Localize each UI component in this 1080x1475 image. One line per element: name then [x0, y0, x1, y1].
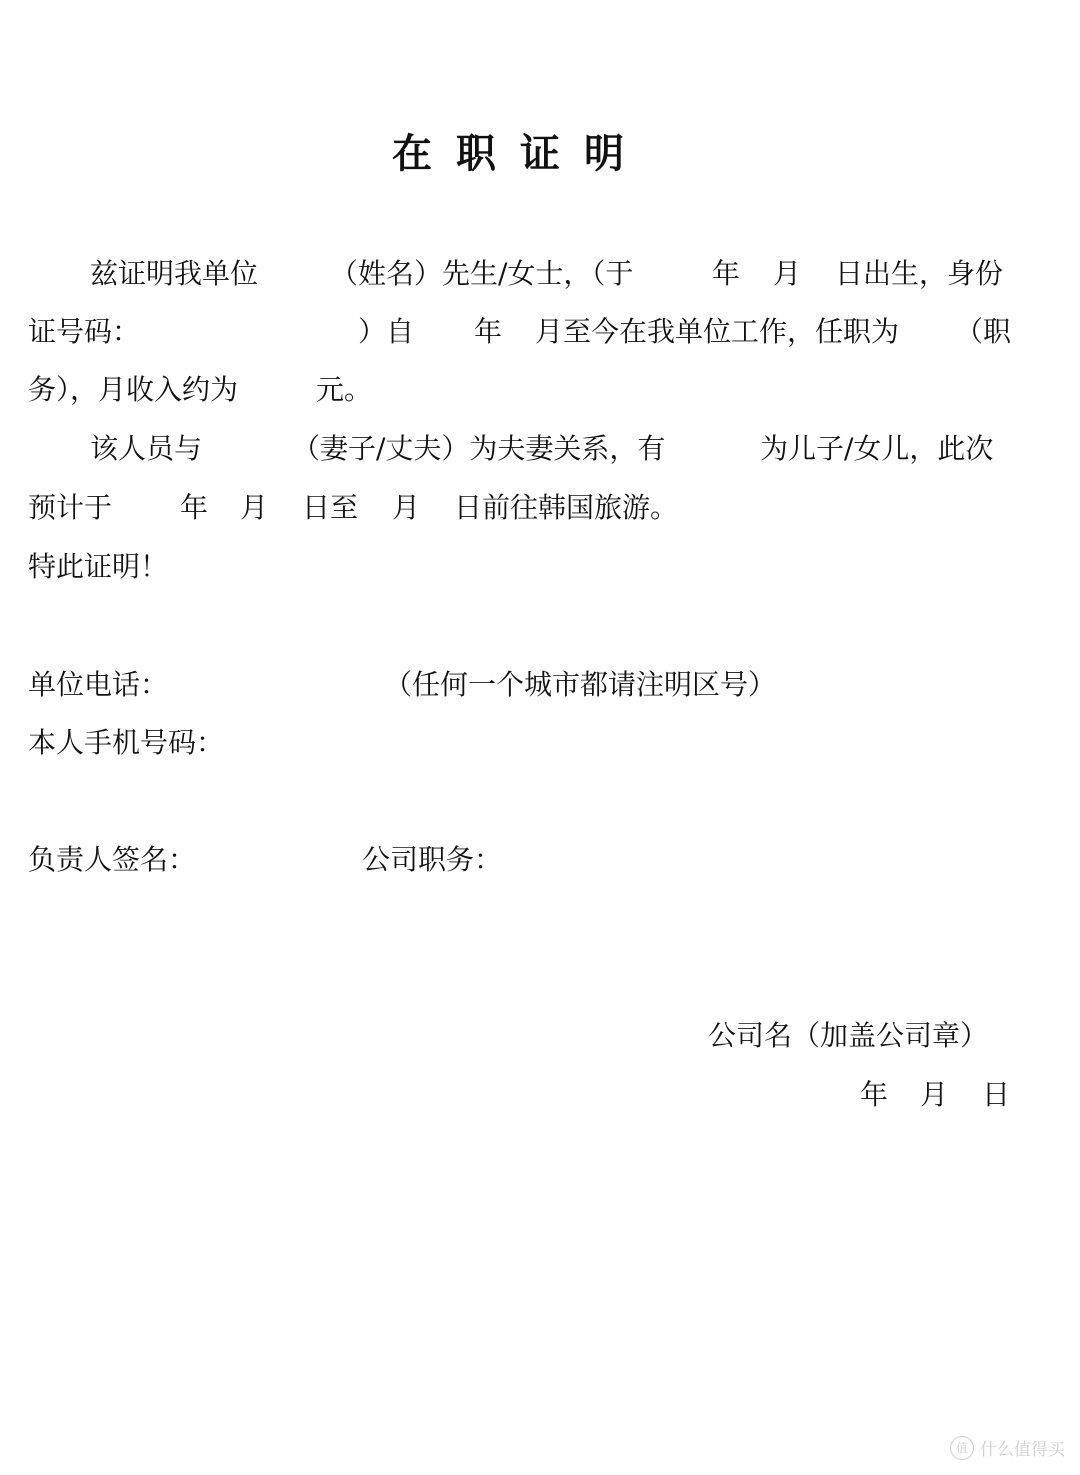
text-segment: （姓名）先生/女士，（于 — [330, 256, 633, 292]
text-segment: 年 — [474, 314, 502, 350]
document-title: 在职证明 — [0, 128, 1040, 180]
text-segment: （妻子/丈夫）为夫妻关系，有 — [292, 431, 665, 467]
text-segment: 该人员与 — [90, 431, 202, 467]
text-segment: 为儿子/女儿，此次 — [760, 431, 993, 467]
company-position-label: 公司职务： — [362, 842, 502, 878]
mobile-label: 本人手机号码： — [28, 725, 224, 761]
date-month: 月 — [920, 1077, 948, 1113]
text-segment: 兹证明我单位 — [90, 256, 258, 292]
signatory-label: 负责人签名： — [28, 842, 196, 878]
text-segment: 日出生，身份 — [835, 256, 1003, 292]
text-segment: ）自 — [358, 314, 414, 350]
text-segment: （职 — [955, 314, 1011, 350]
watermark-text: 什么值得买 — [980, 1435, 1065, 1460]
text-segment: 日至 — [302, 490, 358, 526]
closing-statement: 特此证明！ — [28, 549, 168, 585]
text-segment: 月 — [392, 490, 420, 526]
text-segment: 务），月收入约为 — [28, 372, 238, 408]
text-segment: 年 — [180, 490, 208, 526]
date-year: 年 — [860, 1077, 888, 1113]
text-segment: 预计于 — [28, 490, 112, 526]
text-segment: 元。 — [316, 372, 372, 408]
unit-phone-note: （任何一个城市都请注明区号） — [384, 667, 776, 703]
text-segment: 月 — [240, 490, 268, 526]
watermark: 值 什么值得买 — [950, 1435, 1065, 1460]
text-segment: 证号码： — [28, 314, 140, 350]
text-segment: 月 — [773, 256, 801, 292]
company-name-stamp: 公司名（加盖公司章） — [708, 1018, 988, 1054]
certificate-page: 在职证明 兹证明我单位 （姓名）先生/女士，（于 年 月 日出生，身份 证号码：… — [0, 0, 1080, 1475]
text-segment: 年 — [712, 256, 740, 292]
watermark-logo-icon: 值 — [950, 1436, 974, 1460]
date-day: 日 — [982, 1077, 1010, 1113]
text-segment: 日前往韩国旅游。 — [454, 490, 678, 526]
text-segment: 月至今在我单位工作，任职为 — [535, 314, 899, 350]
unit-phone-label: 单位电话： — [28, 667, 168, 703]
